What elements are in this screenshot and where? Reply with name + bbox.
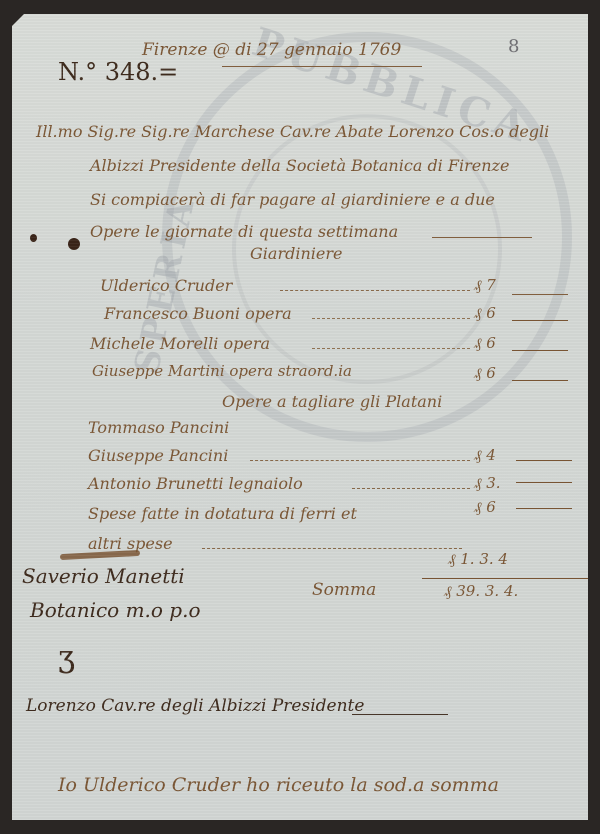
worker-name: Michele Morelli opera [90, 334, 270, 353]
leader-dash [352, 488, 470, 489]
page-number: 8 [508, 36, 519, 57]
date-underline [222, 66, 422, 67]
worker-amount: ₰ 7 [474, 276, 496, 295]
president-rule [352, 714, 448, 715]
cutting-amount: ₰ 4 [474, 446, 496, 465]
worker-amount: ₰ 6 [474, 334, 496, 353]
cutting-name: Antonio Brunetti legnaiolo [88, 474, 303, 493]
amount-rule [512, 320, 568, 321]
leader-dash [312, 318, 470, 319]
amount-rule [516, 508, 572, 509]
address-line-1: Ill.mo Sig.re Sig.re Marchese Cav.re Aba… [36, 122, 549, 141]
amount-rule [512, 294, 568, 295]
address-line-3: Si compiacerà di far pagare al giardinie… [90, 190, 495, 209]
section-cutting: Opere a tagliare gli Platani [222, 392, 442, 411]
leader-dash [250, 460, 470, 461]
address-line-4: Opere le giornate di questa settimana [90, 222, 398, 241]
place-date: Firenze @ di 27 gennaio 1769 [142, 40, 401, 60]
amount-rule [512, 350, 568, 351]
cutting-amount: ₰ 1. 3. 4 [448, 550, 508, 569]
amount-rule [516, 460, 572, 461]
address-line-2: Albizzi Presidente della Società Botanic… [90, 156, 509, 175]
leader-dash [202, 548, 462, 549]
reference-number: N.° 348.= [58, 58, 178, 86]
cutting-name: Spese fatte in dotatura di ferri et [88, 504, 357, 523]
ink-blot [68, 238, 80, 250]
cutting-amount: ₰ 3. [474, 474, 501, 493]
ink-blot [30, 234, 37, 242]
total-amount: ₰ 39. 3. 4. [444, 582, 518, 601]
leader-dash [280, 290, 470, 291]
signature-president: Lorenzo Cav.re degli Albizzi Presidente [26, 696, 364, 716]
signature-botanist: Saverio Manetti [22, 564, 185, 588]
worker-amount: ₰ 6 [474, 304, 496, 323]
leader-dash [312, 348, 470, 349]
amount-rule [512, 380, 568, 381]
signature-botanist-title: Botanico m.o p.o [30, 598, 201, 622]
cutting-name: Giuseppe Pancini [88, 446, 228, 465]
worker-name: Giuseppe Martini opera straord.ia [92, 362, 352, 380]
total-label: Somma [312, 580, 376, 600]
receipt-line: Io Ulderico Cruder ho riceuto la sod.a s… [58, 774, 499, 796]
address-end-rule [432, 237, 532, 238]
cutting-name: Tommaso Pancini [88, 418, 229, 437]
cutting-amount: ₰ 6 [474, 498, 496, 517]
worker-name: Ulderico Cruder [100, 276, 232, 295]
flourish-mark: ʒ [58, 640, 75, 675]
total-rule [422, 578, 588, 579]
amount-rule [516, 482, 572, 483]
ink-smear [60, 550, 140, 560]
section-gardener: Giardiniere [250, 244, 342, 263]
worker-name: Francesco Buoni opera [104, 304, 292, 323]
worker-amount: ₰ 6 [474, 364, 496, 383]
document-sheet: PUBBLICA SPERIA Firenze @ di 27 gennaio … [12, 14, 588, 820]
